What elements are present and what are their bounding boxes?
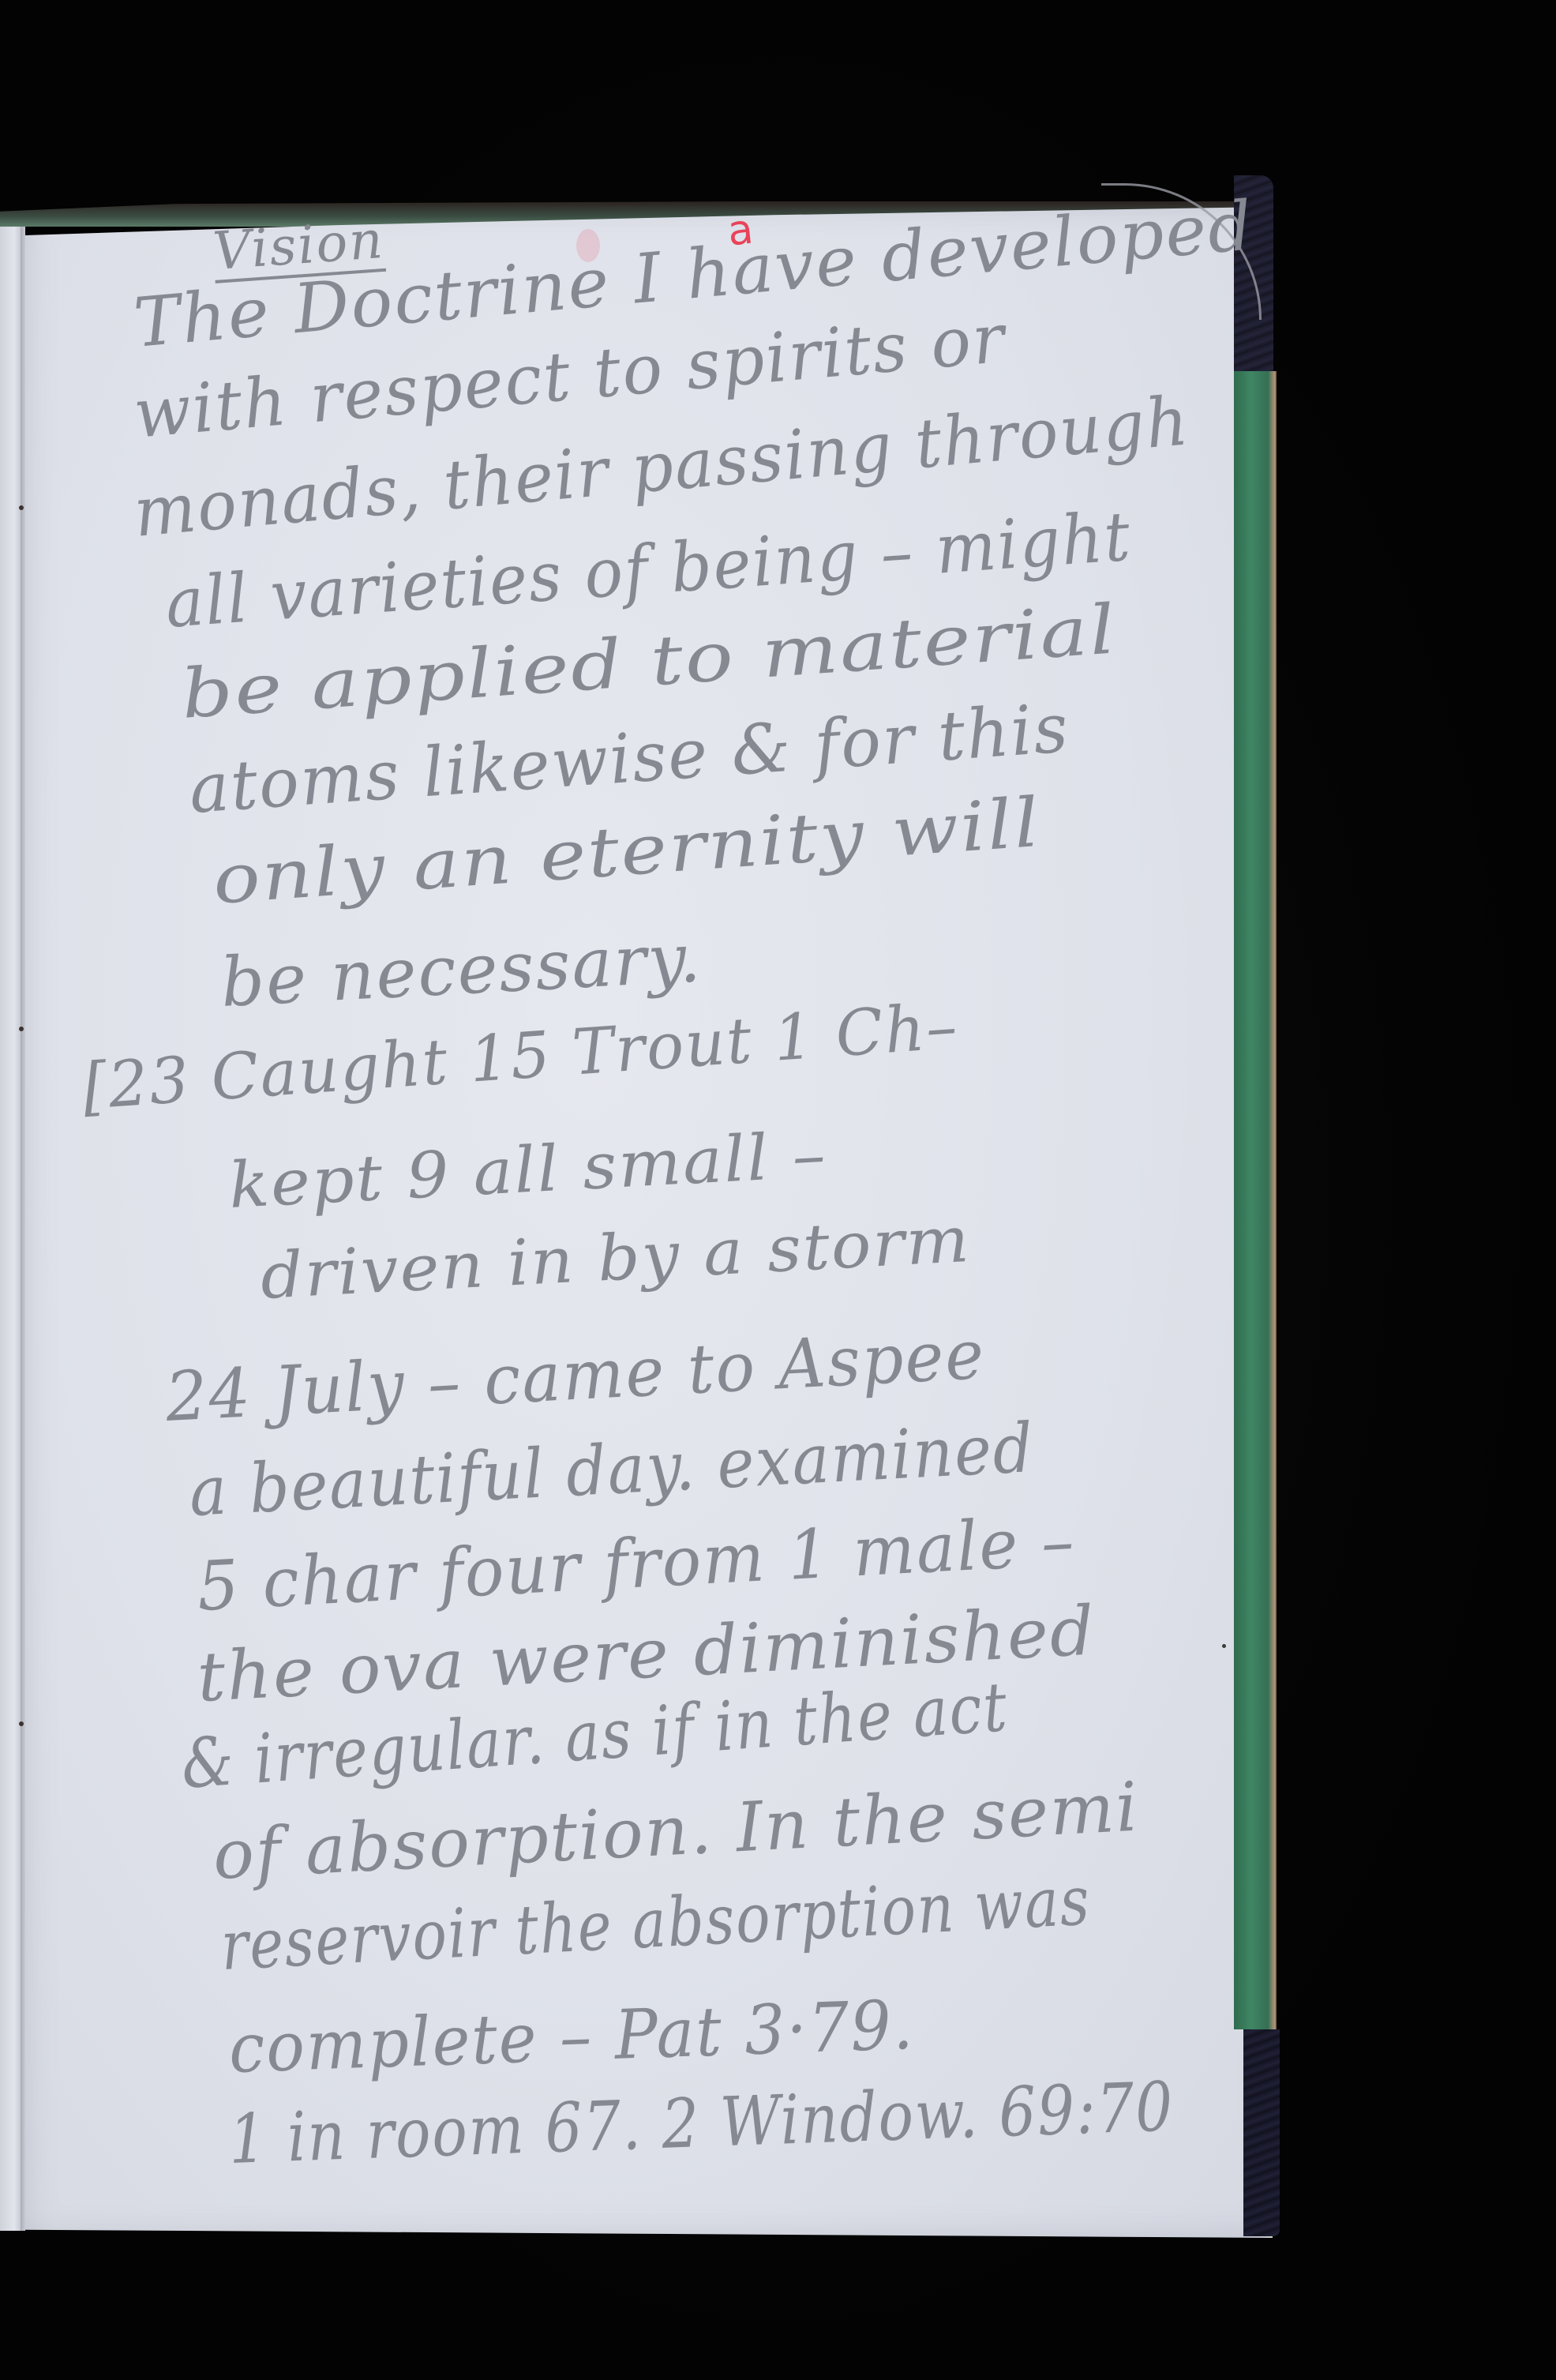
paper-speck — [1222, 1644, 1226, 1648]
binding-stitch — [19, 1027, 24, 1031]
gutter-fold — [21, 221, 25, 2231]
binding-stitch — [19, 1721, 24, 1726]
cover-leather-bottom — [1243, 2029, 1280, 2236]
binding-stitch — [19, 505, 24, 510]
cover-green-cloth — [1234, 371, 1277, 2029]
